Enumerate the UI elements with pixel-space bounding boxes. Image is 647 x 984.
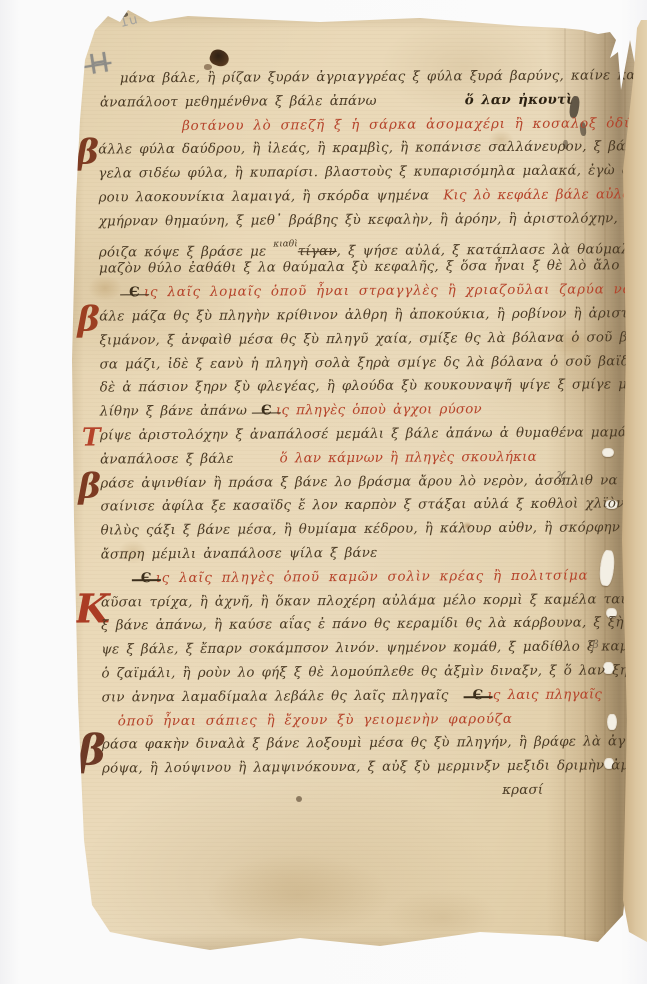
manuscript-line: χμήρναν θημαύνη, ξ μεθ᾽ βράβης ξὺ κεφαλὴ…: [99, 207, 591, 234]
text-segment: ροιυ λαοκουνίκια λαμαιγά, ἢ σκόρδα ψημέν…: [99, 188, 430, 205]
manuscript-line: ρόιζα κόψε ξ βράσε με κιαθὶτίγαν, ξ ψήσε…: [99, 231, 591, 258]
manuscript-line: ξ βάνε ἀπάνω, ἢ καύσε αΐας ἐ πάνο θς κερ…: [101, 612, 593, 639]
section-mark-icon: Є: [137, 567, 156, 591]
text-segment: άλε μάζα θς ξὺ πληγὴν κρίθινον ἀλθρη ἢ ἀ…: [99, 306, 647, 324]
text-segment: ἀναπάλοσε ξ βάλε: [100, 451, 234, 467]
manuscript-line: ἄσπρη μέμιλι ἀναπάλοσε ψίλα ξ βάνε: [101, 540, 593, 567]
manuscript-line: βάλε μάζα θς ξὺ πληγὴν κρίθινον ἀλθρη ἢ …: [99, 302, 591, 329]
text-segment: χμήρναν θημαύνη, ξ μεθ᾽ βράβης ξὺ κεφαλὴ…: [99, 211, 647, 230]
manuscript-line: ὁ ζαϊμάλι, ἢ ροὺν λο φήξ ξ θὲ λομούπλεθε…: [101, 659, 593, 686]
text-segment: κρασί: [502, 783, 543, 798]
manuscript-line: μάνα βάλε, ἢ ρίζαν ξυράν ἀγριαγγρέας ξ φ…: [98, 65, 590, 92]
section-mark-icon: Є: [257, 400, 276, 424]
text-segment: ψε ξ βάλε, ξ ἔπαρν σοκάμπσον λινόν. ψημέ…: [101, 639, 647, 657]
text-segment: θιλὺς ςάξι ξ βάνε μέσα, ἢ θυμίαμα κέδρου…: [101, 520, 621, 538]
text-segment: αῦσαι τρίχα, ἢ ἀχνῆ, ἢ ὅκαν πλοχέρη αὐλά…: [101, 592, 645, 610]
text-segment: ις λαῖς λομαῖς ὁποῦ ἦναι στραγγλὲς ἢ χρι…: [144, 282, 647, 300]
manuscript-leaf: 7H 1u ϗ ιβ μάνα βάλε, ἢ ρίζαν ξυράν ἀγρι…: [58, 10, 638, 955]
manuscript-line: ξιμάνον, ξ ἀνφαὶθ μέσα θς ξὺ πληγῦ χαία,…: [99, 326, 591, 353]
manuscript-line: ἀναπάλοοτ μεθημένθνα ξ βάλε ἀπάνωὅ λαν ἠ…: [98, 88, 590, 115]
manuscript-line: ροιυ λαοκουνίκια λαμαιγά, ἢ σκόρδα ψημέν…: [98, 183, 590, 210]
manuscript-line: βάλλε φύλα δαύδρου, ἢ ἰλεάς, ἢ κραμβὶς, …: [98, 136, 590, 163]
drop-cap-initial: β: [78, 469, 101, 503]
smudge: [118, 12, 128, 17]
scanned-manuscript: 7H 1u ϗ ιβ μάνα βάλε, ἢ ρίζαν ξυράν ἀγρι…: [0, 0, 647, 984]
text-segment: ξιμάνον, ξ ἀνφαὶθ μέσα θς ξὺ πληγῦ χαία,…: [99, 330, 647, 349]
manuscript-line: Καῦσαι τρίχα, ἢ ἀχνῆ, ἢ ὅκαν πλοχέρη αὐλ…: [101, 588, 593, 615]
text-segment: ὁ ζαϊμάλι, ἢ ροὺν λο φήξ ξ θὲ λομούπλεθε…: [101, 663, 647, 681]
text-segment: σα μάζι, ἰδὲ ξ εανὺ ἡ πληγὴ σολὰ ξηρὰ σμ…: [100, 353, 647, 372]
text-segment: Κις λὸ κεφάλε βάλε αὐλά: [443, 187, 631, 203]
manuscript-text: μάνα βάλε, ἢ ρίζαν ξυράν ἀγριαγγρέας ξ φ…: [98, 65, 594, 806]
text-segment: ὅ λαν κάμνων ἢ πληγὲς σκουλήκια: [280, 450, 537, 467]
drop-cap-initial: β: [76, 136, 99, 170]
text-segment: ξ βάνε ἀπάνω, ἢ καύσε αΐας ἐ πάνο θς κερ…: [101, 616, 624, 634]
text-segment: ὁποῦ ἦναι σάπιες ἢ ἔχουν ξὺ γειομενὴν φα…: [118, 712, 513, 729]
manuscript-line: μαζὸν θύλο ἐαθάθι ξ λα θαύμαλα ξὺ κεφαλῆ…: [99, 255, 591, 282]
text-segment: λίθην ξ βάνε ἀπάνω: [100, 404, 247, 420]
manuscript-line: Τρίψε ἀριστολόχην ξ ἀναπάλοσέ μεμάλι ξ β…: [100, 421, 592, 448]
text-segment: ὅ λαν ἠκουτὶ: [465, 91, 573, 108]
text-segment: ις λαις πληγαῖς: [487, 687, 602, 703]
manuscript-line: λίθην ξ βάνε ἀπάνωЄις πληγὲς ὁποὺ ἀγχοι …: [100, 398, 592, 425]
manuscript-line: σα μάζι, ἰδὲ ξ εανὺ ἡ πληγὴ σολὰ ξηρὰ σμ…: [99, 350, 591, 377]
text-segment: άλλε φύλα δαύδρου, ἢ ἰλεάς, ἢ κραμβὶς, ἢ…: [98, 139, 647, 158]
stitch-hole: [607, 714, 617, 730]
text-segment: σιν ἀνηνα λαμαδίμαλα λεβάλε θς λαῖς πληγ…: [102, 688, 449, 705]
text-segment: ράσα φακὴν διναλὰ ξ βάνε λοξουμὶ μέσα θς…: [102, 734, 647, 752]
manuscript-line: ὁποῦ ἦναι σάπιες ἢ ἔχουν ξὺ γειομενὴν φα…: [102, 707, 594, 734]
section-mark-icon: Є: [125, 281, 144, 305]
text-segment: ις λαῖς πληγὲς ὁποῦ καμῶν σολὶν κρέας ἢ …: [156, 568, 589, 586]
manuscript-line: Єις λαῖς πληγὲς ὁποῦ καμῶν σολὶν κρέας ἢ…: [101, 564, 593, 591]
stain: [208, 855, 388, 935]
text-segment: ρίψε ἀριστολόχην ξ ἀναπάλοσέ μεμάλι ξ βά…: [100, 425, 647, 444]
text-segment: ις πληγὲς ὁποὺ ἀγχοι ρύσον: [276, 402, 482, 418]
text-segment: ἄσπρη μέμιλι ἀναπάλοσε ψίλα ξ βάνε: [101, 546, 378, 563]
stain: [388, 890, 498, 945]
text-segment: ράσε ἀψινθίαν ἢ πράσα ξ βάνε λο βράσμα ἄ…: [100, 472, 647, 491]
text-segment: μάνα βάλε, ἢ ρίζαν ξυράν ἀγριαγγρέας ξ φ…: [120, 68, 647, 87]
manuscript-line: σαίνισε ἀφίλα ξε κασαϊδς ἔ λον καρπὸν ξ …: [100, 493, 592, 520]
stitch-hole: [602, 448, 614, 457]
manuscript-line: βράσε ἀψινθίαν ἢ πράσα ξ βάνε λο βράσμα …: [100, 469, 592, 496]
manuscript-line: ψε ξ βάλε, ξ ἔπαρν σοκάμπσον λινόν. ψημέ…: [101, 636, 593, 663]
text-segment: ἀναπάλοοτ μεθημένθνα ξ βάλε ἀπάνω: [100, 94, 377, 111]
text-segment: ρόψα, ἢ λούψινου ἢ λαμψινόκουνα, ξ αὐξ ξ…: [102, 758, 645, 776]
manuscript-line: δὲ ἀ πάσιον ξηρν ξὺ φλεγέας, ἢ φλούδα ξὺ…: [100, 374, 592, 401]
text-segment: γελα σιδέω φύλα, ἢ κυπαρίσι. βλαστοὺς ξ …: [98, 163, 647, 182]
text-segment: κιαθὶ: [273, 239, 298, 249]
section-mark-icon: Є: [469, 684, 488, 708]
manuscript-line: βράσα φακὴν διναλὰ ξ βάνε λοξουμὶ μέσα θ…: [102, 731, 594, 758]
manuscript-line: βοτάνου λὸ σπεζῆ ξ ἡ σάρκα ἀσομαχέρι ἢ κ…: [98, 112, 590, 139]
manuscript-line: Єις λαῖς λομαῖς ὁποῦ ἦναι στραγγλὲς ἢ χρ…: [99, 279, 591, 306]
manuscript-line: σιν ἀνηνα λαμαδίμαλα λεβάλε θς λαῖς πληγ…: [102, 683, 594, 710]
text-segment: δὲ ἀ πάσιον ξηρν ξὺ φλεγέας, ἢ φλούδα ξὺ…: [100, 377, 647, 395]
manuscript-line: γελα σιδέω φύλα, ἢ κυπαρίσι. βλαστοὺς ξ …: [98, 160, 590, 187]
text-segment: μαζὸν θύλο ἐαθάθι ξ λα θαύμαλα ξὺ κεφαλῆ…: [99, 258, 647, 276]
manuscript-line: ρόψα, ἢ λούψινου ἢ λαμψινόκουνα, ξ αὐξ ξ…: [102, 755, 594, 782]
manuscript-line: θιλὺς ςάξι ξ βάνε μέσα, ἢ θυμίαμα κέδρου…: [101, 517, 593, 544]
text-segment: βοτάνου λὸ σπεζῆ ξ ἡ σάρκα ἀσομαχέρι ἢ κ…: [182, 116, 647, 134]
text-segment: σαίνισε ἀφίλα ξε κασαϊδς ἔ λον καρπὸν ξ …: [100, 496, 647, 514]
drop-cap-initial: β: [77, 302, 100, 336]
manuscript-line: ἀναπάλοσε ξ βάλεὅ λαν κάμνων ἢ πληγὲς σκ…: [100, 445, 592, 472]
drop-cap-initial: Τ: [82, 424, 101, 449]
manuscript-line: κρασί: [102, 778, 594, 805]
